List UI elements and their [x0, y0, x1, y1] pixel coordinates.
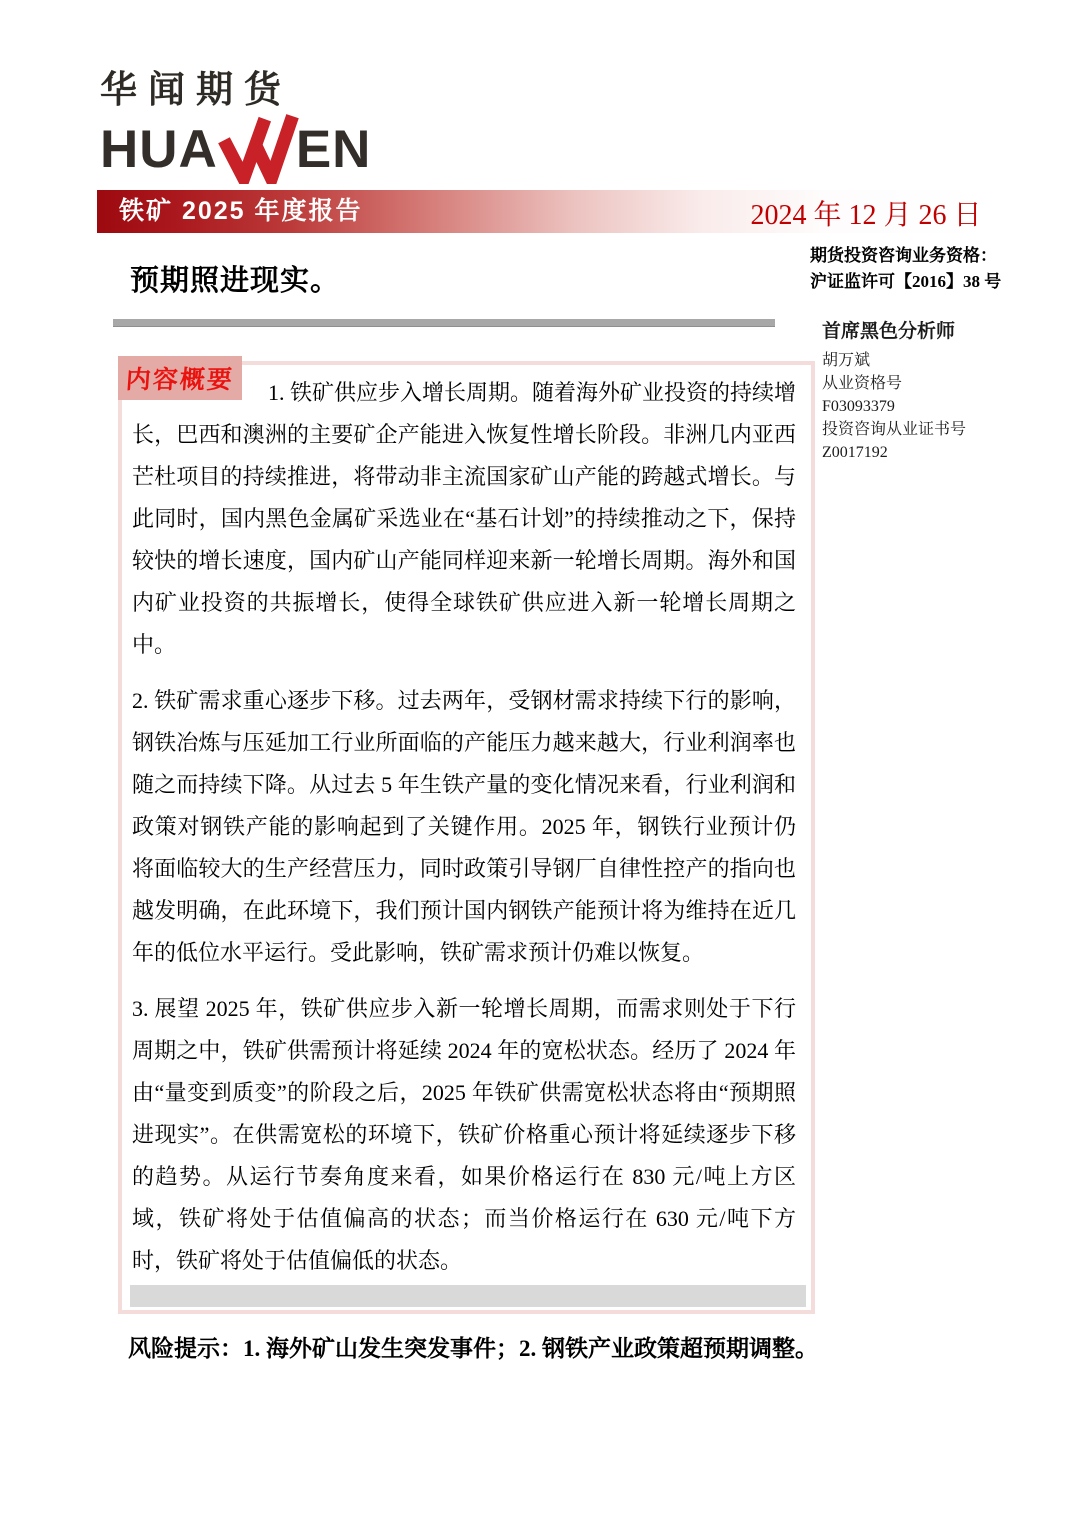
summary-paragraphs: 1. 铁矿供应步入增长周期。随着海外矿业投资的持续增长，巴西和澳洲的主要矿企产能… — [132, 372, 796, 1280]
summary-label-badge: 内容概要 — [118, 356, 242, 400]
report-headline: 预期照进现实。 — [130, 258, 340, 299]
analyst-cert-label: 投资咨询从业证书号 — [822, 418, 1062, 441]
summary-end-bar — [130, 1285, 806, 1307]
analyst-reg-label: 从业资格号 — [822, 372, 1062, 395]
qualification-line2: 沪证监许可【2016】38 号 — [810, 269, 1070, 295]
headline-divider — [113, 319, 775, 327]
logo-en-suffix: EN — [296, 122, 372, 178]
report-page: 华闻期货 HUA EN 铁矿 2025 年度报告 2024 年 12 月 26 … — [0, 0, 1080, 1527]
risk-note: 风险提示：1. 海外矿山发生突发事件；2. 钢铁产业政策超预期调整。 — [128, 1330, 828, 1363]
analyst-reg-number: F03093379 — [822, 395, 1062, 418]
huawen-logo: 华闻期货 HUA EN — [100, 70, 371, 178]
qualification-line1: 期货投资咨询业务资格： — [810, 243, 1070, 269]
analyst-title: 首席黑色分析师 — [822, 318, 1062, 345]
summary-paragraph-3: 3. 展望 2025 年，铁矿供应步入新一轮增长周期，而需求则处于下行周期之中，… — [132, 988, 796, 1280]
huawen-w-checkmark-icon — [216, 114, 302, 184]
summary-label-text: 内容概要 — [125, 360, 236, 396]
logo-chinese-name: 华闻期货 — [100, 70, 371, 110]
analyst-name: 胡万斌 — [822, 349, 1062, 372]
summary-paragraph-1: 1. 铁矿供应步入增长周期。随着海外矿业投资的持续增长，巴西和澳洲的主要矿企产能… — [132, 372, 796, 666]
report-date: 2024 年 12 月 26 日 — [748, 193, 984, 233]
qualification-block: 期货投资咨询业务资格： 沪证监许可【2016】38 号 — [810, 243, 1070, 295]
logo-en-prefix: HUA — [100, 122, 218, 178]
logo-english-name: HUA EN — [100, 108, 371, 178]
analyst-block: 首席黑色分析师 胡万斌 从业资格号 F03093379 投资咨询从业证书号 Z0… — [822, 318, 1062, 464]
analyst-cert-number: Z0017192 — [822, 441, 1062, 464]
summary-paragraph-2: 2. 铁矿需求重心逐步下移。过去两年，受钢材需求持续下行的影响，钢铁冶炼与压延加… — [132, 680, 796, 974]
